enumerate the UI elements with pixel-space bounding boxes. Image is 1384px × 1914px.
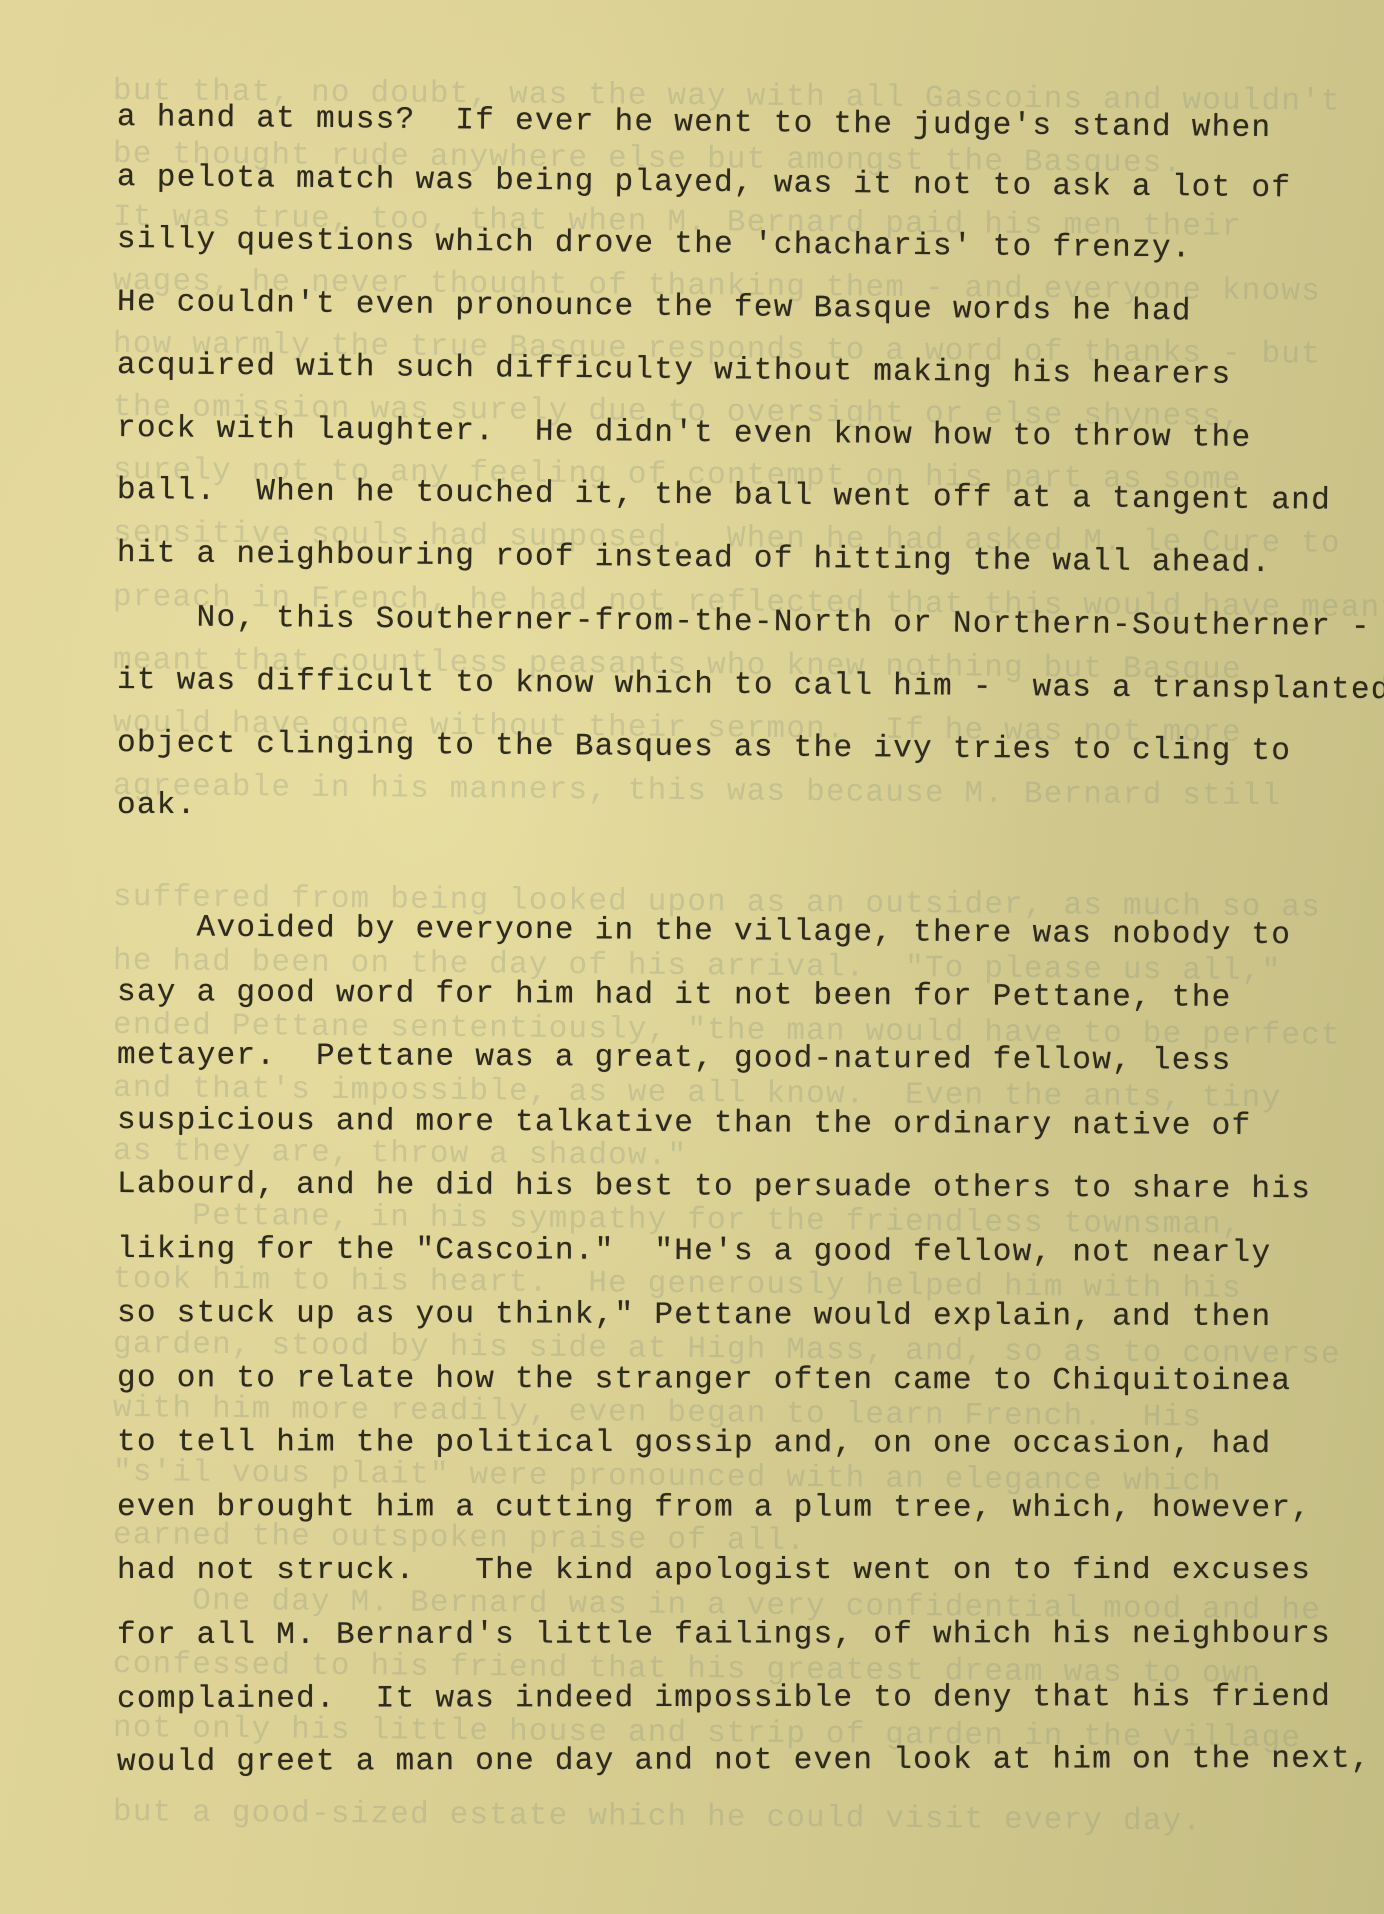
- text-line: oak.: [117, 788, 197, 823]
- text-line: a pelota match was being played, was it …: [117, 160, 1292, 206]
- text-line: object clinging to the Basques as the iv…: [117, 726, 1291, 769]
- text-line: go on to relate how the stranger often c…: [117, 1361, 1291, 1399]
- text-line: acquired with such difficulty without ma…: [117, 348, 1232, 393]
- typewritten-page: but that, no doubt, was the way with all…: [0, 0, 1384, 1914]
- text-line: Labourd, and he did his best to persuade…: [117, 1167, 1311, 1207]
- text-line: for all M. Bernard's little failings, of…: [117, 1617, 1331, 1653]
- text-line: suspicious and more talkative than the o…: [117, 1103, 1252, 1144]
- text-line: metayer. Pettane was a great, good-natur…: [117, 1038, 1232, 1079]
- text-line: it was difficult to know which to call h…: [117, 663, 1384, 708]
- text-line: complained. It was indeed impossible to …: [117, 1680, 1331, 1717]
- text-line: ball. When he touched it, the ball went …: [117, 473, 1331, 519]
- text-line: He couldn't even pronounce the few Basqu…: [117, 285, 1192, 329]
- text-line: silly questions which drove the 'chachar…: [117, 222, 1192, 266]
- text-line: would greet a man one day and not even l…: [117, 1742, 1371, 1780]
- text-line: Avoided by everyone in the village, ther…: [117, 910, 1291, 953]
- text-line: say a good word for him had it not been …: [117, 975, 1232, 1016]
- text-line: rock with laughter. He didn't even know …: [117, 411, 1252, 456]
- text-line: No, this Southerner-from-the-North or No…: [117, 600, 1371, 645]
- text-line: had not struck. The kind apologist went …: [117, 1553, 1311, 1588]
- text-line: so stuck up as you think," Pettane would…: [117, 1296, 1271, 1335]
- text-line: a hand at muss? If ever he went to the j…: [117, 100, 1272, 146]
- bleed-through-line: but a good-sized estate which he could v…: [113, 1795, 1202, 1840]
- bleed-through-line: agreeable in his manners, this was becau…: [113, 769, 1282, 814]
- text-line: liking for the "Cascoin." "He's a good f…: [117, 1232, 1271, 1271]
- text-line: even brought him a cutting from a plum t…: [117, 1490, 1311, 1526]
- text-line: to tell him the political gossip and, on…: [117, 1425, 1271, 1462]
- text-line: hit a neighbouring roof instead of hitti…: [117, 536, 1272, 581]
